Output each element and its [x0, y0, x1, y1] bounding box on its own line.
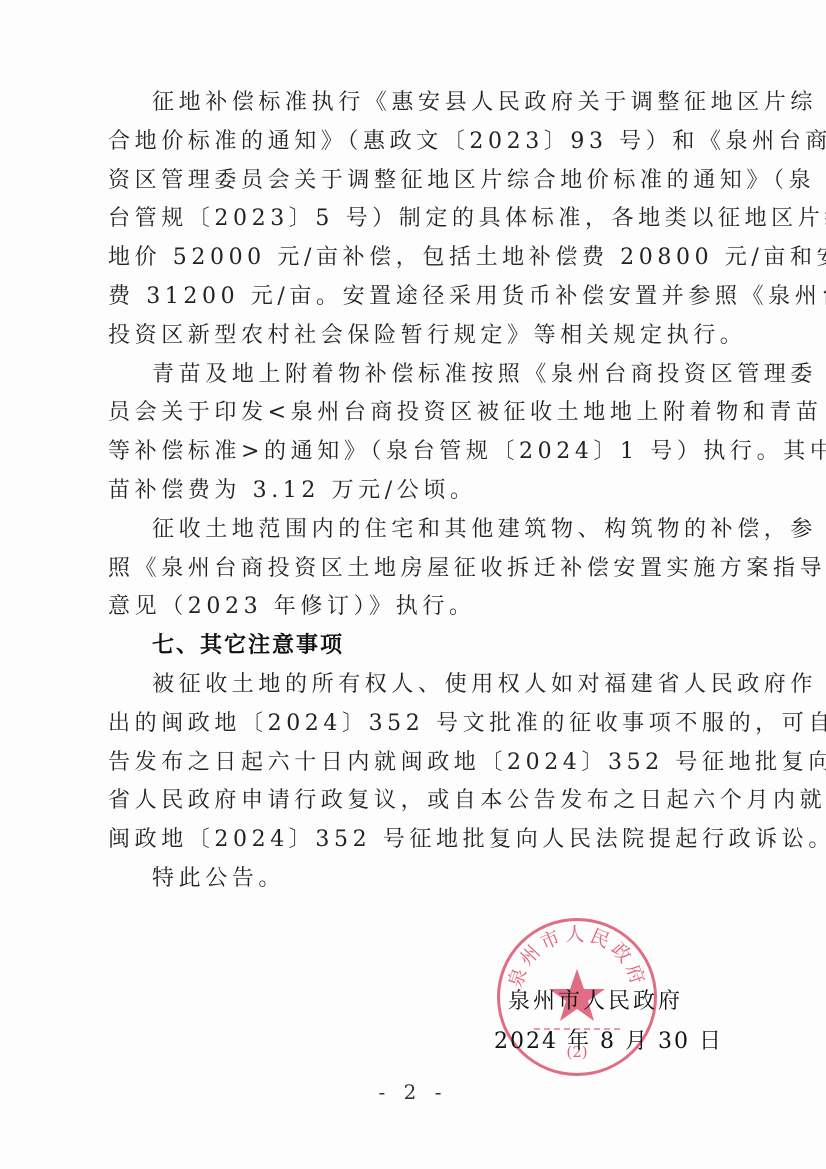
paragraph-line: 费 31200 元/亩。安置途径采用货币补偿安置并参照《泉州台商	[108, 278, 718, 317]
paragraph-line: 征收土地范围内的住宅和其他建筑物、构筑物的补偿，参	[108, 511, 718, 550]
paragraph-line: 意见（2023 年修订）》执行。	[108, 588, 718, 627]
paragraph-line: 被征收土地的所有权人、使用权人如对福建省人民政府作	[108, 666, 718, 705]
paragraph-line: 征地补偿标准执行《惠安县人民政府关于调整征地区片综	[108, 84, 718, 123]
closing-text: 特此公告。	[108, 860, 718, 899]
paragraph-line: 等补偿标准>的通知》（泉台管规〔2024〕1 号）执行。其中青	[108, 433, 718, 472]
paragraph-line: 员会关于印发<泉州台商投资区被征收土地地上附着物和青苗	[108, 394, 718, 433]
issue-date: 2024 年 8 月 30 日	[494, 1024, 723, 1055]
document-body: 征地补偿标准执行《惠安县人民政府关于调整征地区片综 合地价标准的通知》（惠政文〔…	[108, 84, 718, 899]
paragraph-line: 投资区新型农村社会保险暂行规定》等相关规定执行。	[108, 317, 718, 356]
paragraph-line: 告发布之日起六十日内就闽政地〔2024〕352 号征地批复向福建	[108, 744, 718, 783]
section-heading: 七、其它注意事项	[108, 627, 718, 666]
paragraph-line: 地价 52000 元/亩补偿，包括土地补偿费 20800 元/亩和安置补偿	[108, 239, 718, 278]
paragraph-line: 青苗及地上附着物补偿标准按照《泉州台商投资区管理委	[108, 356, 718, 395]
paragraph-line: 资区管理委员会关于调整征地区片综合地价标准的通知》（泉	[108, 162, 718, 201]
paragraph-line: 出的闽政地〔2024〕352 号文批准的征收事项不服的，可自本公	[108, 705, 718, 744]
paragraph-line: 苗补偿费为 3.12 万元/公顷。	[108, 472, 718, 511]
paragraph-line: 合地价标准的通知》（惠政文〔2023〕93 号）和《泉州台商投	[108, 123, 718, 162]
paragraph-line: 台管规〔2023〕5 号）制定的具体标准，各地类以征地区片综合	[108, 200, 718, 239]
paragraph-line: 闽政地〔2024〕352 号征地批复向人民法院提起行政诉讼。	[108, 821, 718, 860]
issuer-signature: 泉州市人民政府	[508, 984, 683, 1015]
document-page: 征地补偿标准执行《惠安县人民政府关于调整征地区片综 合地价标准的通知》（惠政文〔…	[0, 0, 826, 1169]
paragraph-line: 省人民政府申请行政复议，或自本公告发布之日起六个月内就	[108, 782, 718, 821]
page-number: - 2 -	[0, 1080, 826, 1104]
paragraph-line: 照《泉州台商投资区土地房屋征收拆迁补偿安置实施方案指导	[108, 550, 718, 589]
